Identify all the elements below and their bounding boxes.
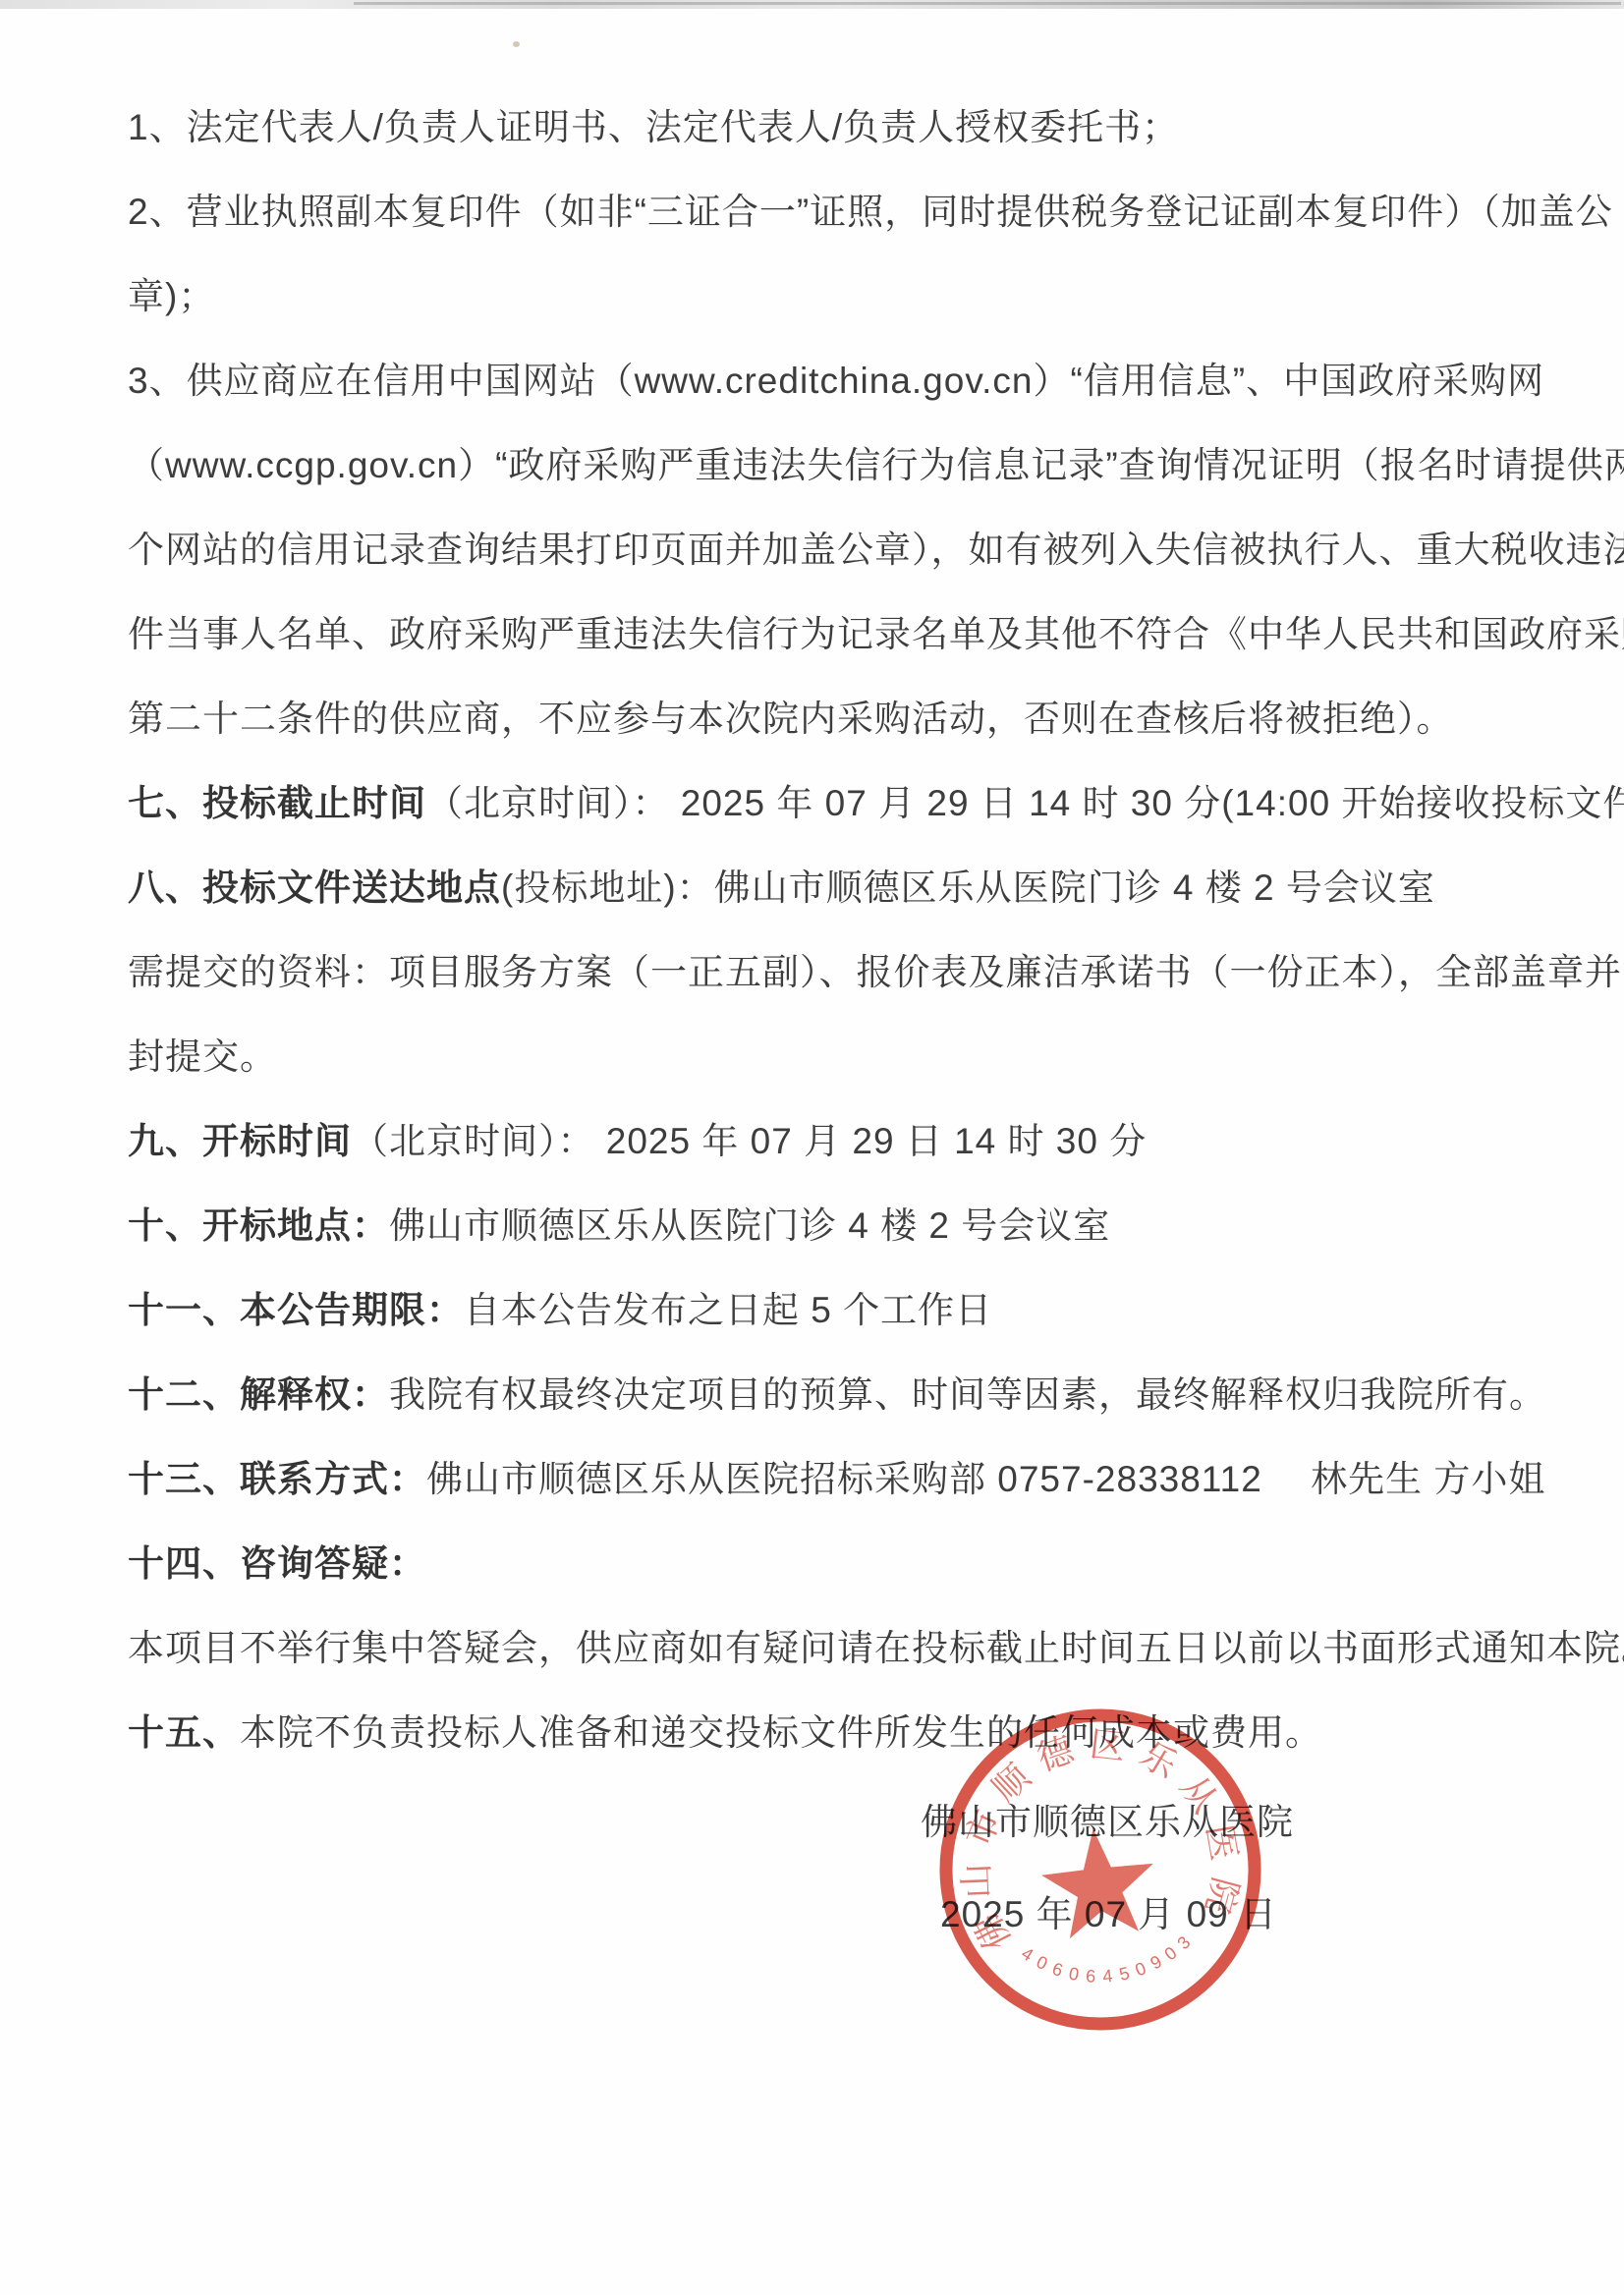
document-page: 1、法定代表人/负责人证明书、法定代表人/负责人授权委托书；2、营业执照副本复印… bbox=[0, 0, 1624, 2295]
item-2-line-1: 2、营业执照副本复印件（如非“三证合一”证照，同时提供税务登记证副本复印件）（加… bbox=[128, 170, 1604, 254]
section-7-deadline: 七、投标截止时间（北京时间）： 2025 年 07 月 29 日 14 时 30… bbox=[128, 761, 1604, 846]
item-1: 1、法定代表人/负责人证明书、法定代表人/负责人授权委托书； bbox=[128, 85, 1604, 170]
section-8-line-3: 封提交。 bbox=[128, 1015, 1604, 1099]
section-14-qa: 十四、咨询答疑： bbox=[128, 1522, 1604, 1606]
signature-date: 2025 年 07 月 09 日 bbox=[940, 1873, 1604, 1957]
item-3-line-4: 件当事人名单、政府采购严重违法失信行为记录名单及其他不符合《中华人民共和国政府采… bbox=[128, 592, 1604, 677]
section-12-interpretation: 十二、解释权：我院有权最终决定项目的预算、时间等因素，最终解释权归我院所有。 bbox=[128, 1353, 1604, 1437]
section-14-line-2: 本项目不举行集中答疑会，供应商如有疑问请在投标截止时间五日以前以书面形式通知本院… bbox=[128, 1606, 1604, 1691]
section-15-costs: 十五、本院不负责投标人准备和递交投标文件所发生的任何成本或费用。 bbox=[128, 1691, 1604, 1775]
section-10-opening-place: 十、开标地点：佛山市顺德区乐从医院门诊 4 楼 2 号会议室 bbox=[128, 1184, 1604, 1268]
document-body: 1、法定代表人/负责人证明书、法定代表人/负责人授权委托书；2、营业执照副本复印… bbox=[128, 85, 1604, 1957]
section-11-notice-period: 十一、本公告期限：自本公告发布之日起 5 个工作日 bbox=[128, 1268, 1604, 1353]
scan-edge-line bbox=[354, 2, 1621, 5]
section-8-delivery-place: 八、投标文件送达地点(投标地址)：佛山市顺德区乐从医院门诊 4 楼 2 号会议室 bbox=[128, 846, 1604, 930]
section-9-opening-time: 九、开标时间（北京时间）： 2025 年 07 月 29 日 14 时 30 分 bbox=[128, 1099, 1604, 1184]
section-8-line-2: 需提交的资料：项目服务方案（一正五副）、报价表及廉洁承诺书（一份正本），全部盖章… bbox=[128, 930, 1604, 1015]
item-3-line-5: 第二十二条件的供应商，不应参与本次院内采购活动，否则在查核后将被拒绝）。 bbox=[128, 677, 1604, 761]
scan-speck bbox=[513, 41, 520, 47]
item-3-line-2: （www.ccgp.gov.cn）“政府采购严重违法失信行为信息记录”查询情况证… bbox=[128, 423, 1604, 508]
item-3-line-1: 3、供应商应在信用中国网站（www.creditchina.gov.cn）“信用… bbox=[128, 339, 1604, 423]
section-13-contact: 十三、联系方式：佛山市顺德区乐从医院招标采购部 0757-28338112 林先… bbox=[128, 1437, 1604, 1522]
item-2-line-2: 章)； bbox=[128, 254, 1604, 339]
item-3-line-3: 个网站的信用记录查询结果打印页面并加盖公章），如有被列入失信被执行人、重大税收违… bbox=[128, 508, 1604, 592]
signature-org: 佛山市顺德区乐从医院 bbox=[921, 1780, 1604, 1865]
